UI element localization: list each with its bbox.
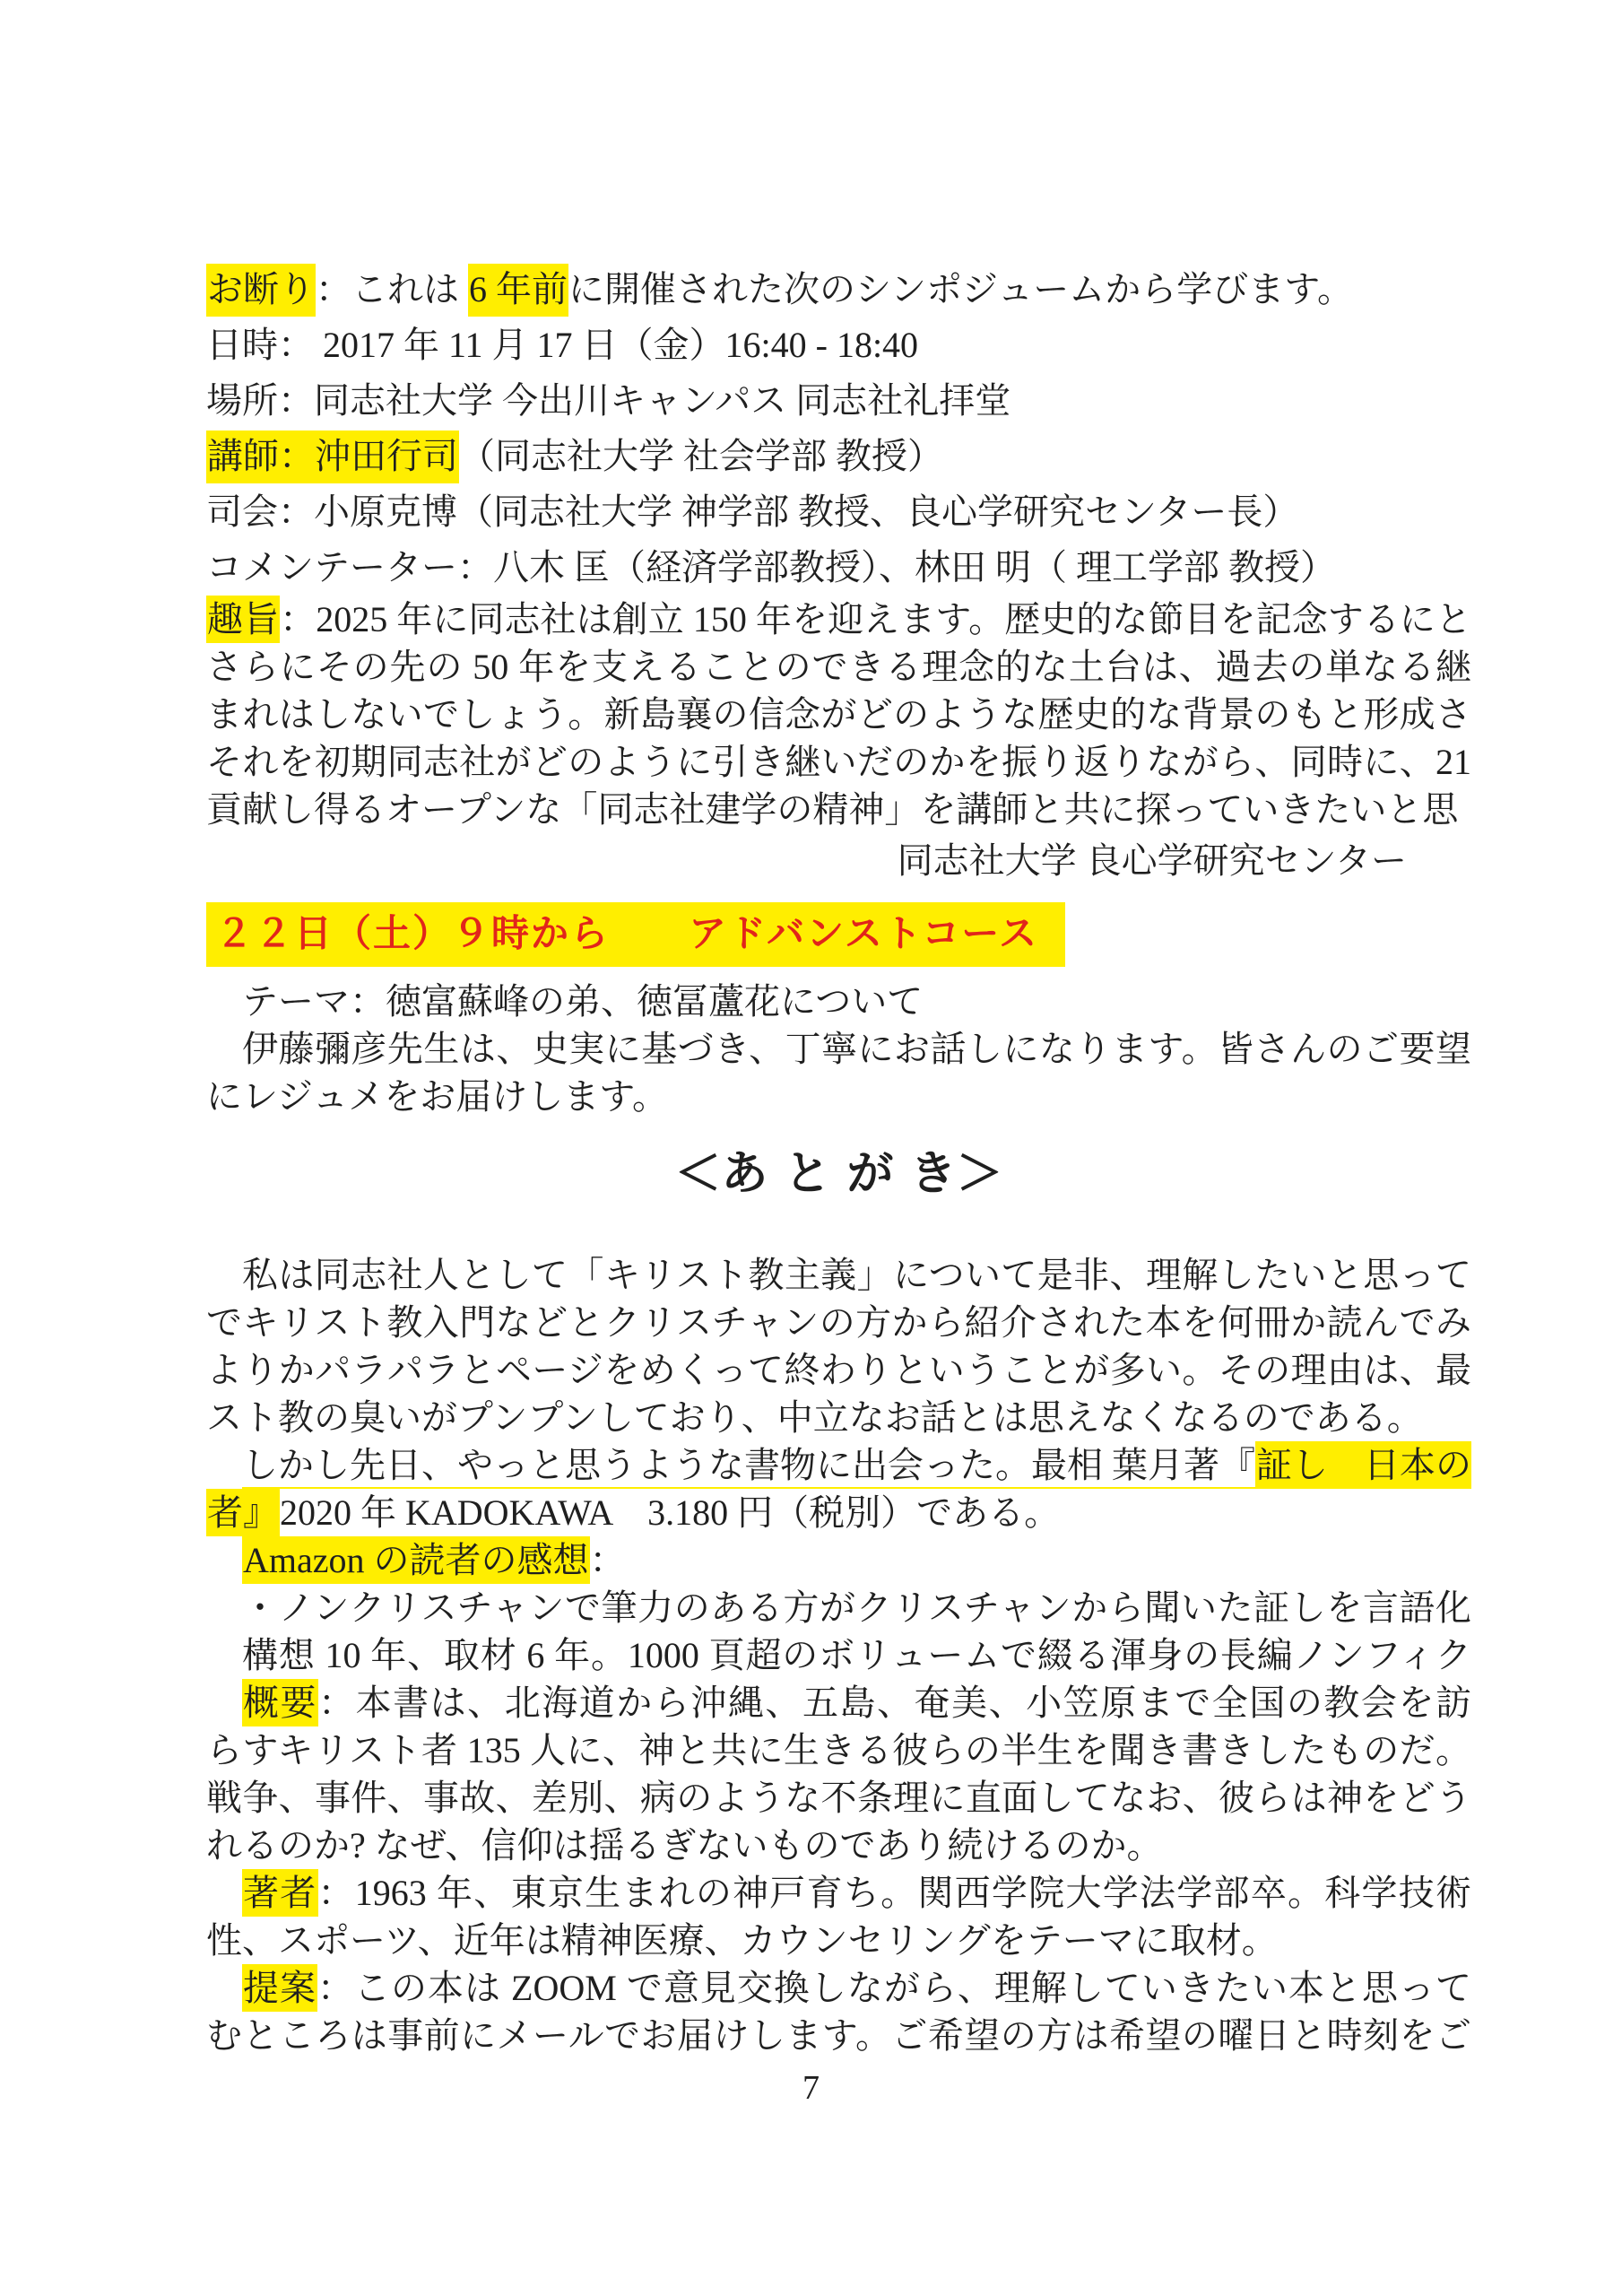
text-line: むところは事前にメールでお届けします。ご希望の方は希望の曜日と時刻をご連絡下さい…	[206, 2012, 1471, 2059]
text-segment: よりかパラパラとページをめくって終わりということが多い。その理由は、最初からキリ	[206, 1350, 1471, 1394]
text-segment: 戦争、事件、事故、差別、病のような不条理に直面してなお、彼らは神をどうして信じら	[206, 1778, 1471, 1822]
text-line: 提案：この本は ZOOM で意見交換しながら、理解していきたい本と思っています。…	[206, 1964, 1471, 2012]
text-line: お断り：これは 6 年前に開催された次のシンポジュームから学びます。	[206, 262, 1471, 317]
text-line: 性、スポーツ、近年は精神医療、カウンセリングをテーマに取材。	[206, 1917, 1471, 1964]
text-segment: 2020 年 KADOKAWA 3.180 円（税別）である。	[280, 1492, 1060, 1533]
text-line: それを初期同志社がどのように引き継いだのかを振り返りながら、同時に、21 世紀社…	[206, 738, 1471, 786]
text-line: よりかパラパラとページをめくって終わりということが多い。その理由は、最初からキリ	[206, 1346, 1471, 1394]
course-heading-band: ２２日（土）９時から アドバンストコース	[206, 902, 1471, 967]
text-segment: ：1963 年、東京生まれの神戸育ち。関西学院大学法学部卒。科学技術と人間の関係	[242, 1873, 1471, 1917]
text-segment: ：2025 年に同志社は創立 150 年を迎えます。歴史的な節目を記念するにとど…	[206, 599, 1471, 643]
text-segment: れるのか? なぜ、信仰は揺るぎないものであり続けるのか。	[206, 1825, 1163, 1865]
text-line: らすキリスト者 135 人に、神と共に生きる彼らの半生を聞き書きしたものだ。自然…	[206, 1726, 1471, 1774]
text-segment: コメンテーター：八木 匡（経済学部教授）、林田 明（ 理工学部 教授）	[206, 547, 1336, 587]
text-line: 貢献し得るオープンな「同志社建学の精神」を講師と共に探っていきたいと思います。	[206, 786, 1471, 833]
text-line: しかし先日、やっと思うような書物に出会った。最相 葉月著『証し 日本のキリスト	[206, 1441, 1471, 1489]
text-line: Amazon の読者の感想：	[206, 1536, 1471, 1584]
text-segment: らすキリスト者 135 人に、神と共に生きる彼らの半生を聞き書きしたものだ。自然…	[206, 1730, 1471, 1774]
text-segment: 性、スポーツ、近年は精神医療、カウンセリングをテーマに取材。	[206, 1920, 1278, 1961]
afterword-heading: ＜あ と が き＞	[206, 1147, 1471, 1201]
text-line: 著者：1963 年、東京生まれの神戸育ち。関西学院大学法学部卒。科学技術と人間の…	[206, 1869, 1471, 1917]
text-segment: しかし先日、やっと思うような書物に出会った。最相 葉月著『	[242, 1445, 1255, 1485]
text-segment: 日時： 2017 年 11 月 17 日（金）16:40 - 18:40	[206, 325, 918, 365]
page-number: 7	[802, 2069, 820, 2107]
course-heading: ２２日（土）９時から アドバンストコース	[206, 902, 1065, 967]
document-page: お断り：これは 6 年前に開催された次のシンポジュームから学びます。日時： 20…	[0, 0, 1622, 2296]
text-line: さらにその先の 50 年を支えることのできる理念的な土台は、過去の単なる継続から…	[206, 643, 1471, 691]
text-segment: 司会：小原克博（同志社大学 神学部 教授、良心学研究センター長）	[206, 491, 1298, 532]
text-segment: （同志社大学 社会学部 教授）	[459, 436, 943, 476]
page-footer: 7	[0, 2068, 1622, 2108]
text-line: コメンテーター：八木 匡（経済学部教授）、林田 明（ 理工学部 教授）	[206, 540, 1471, 596]
text-line: 場所：同志社大学 今出川キャンパス 同志社礼拝堂	[206, 373, 1471, 429]
afterword-section: ＜あ と が き＞ 私は同志社人として「キリスト教主義」について是非、理解したい…	[206, 1147, 1471, 2059]
text-line: れるのか? なぜ、信仰は揺るぎないものであり続けるのか。	[206, 1822, 1471, 1869]
highlighted-text: お断り	[206, 264, 316, 317]
text-line: 戦争、事件、事故、差別、病のような不条理に直面してなお、彼らは神をどうして信じら	[206, 1774, 1471, 1822]
text-segment: ・ノンクリスチャンで筆力のある方がクリスチャンから聞いた証しを言語化したもの。	[242, 1587, 1471, 1631]
text-segment: それを初期同志社がどのように引き継いだのかを振り返りながら、同時に、21 世紀社…	[206, 742, 1471, 786]
text-segment: ：本書は、北海道から沖縄、五島、奄美、小笠原まで全国の教会を訪ね、そこで暮	[242, 1683, 1471, 1726]
text-segment: むところは事前にメールでお届けします。ご希望の方は希望の曜日と時刻をご連絡下さい…	[206, 2015, 1471, 2059]
highlighted-text: 著者	[242, 1869, 318, 1917]
page-content: お断り：これは 6 年前に開催された次のシンポジュームから学びます。日時： 20…	[206, 262, 1471, 2059]
text-segment: ：これは	[316, 269, 468, 309]
text-segment: に開催された次のシンポジュームから学びます。	[568, 269, 1353, 309]
symposium-credit: 同志社大学 良心学研究センター	[206, 837, 1471, 884]
text-segment: 伊藤彌彦先生は、史実に基づき、丁寧にお話しになります。皆さんのご要望により事前	[242, 1029, 1471, 1073]
text-segment: まれはしないでしょう。新島襄の信念がどのような歴史的な背景のもと形成されたのか、	[206, 694, 1471, 738]
highlighted-text: 6 年前	[468, 264, 568, 317]
highlighted-text: 趣旨	[206, 596, 280, 643]
text-segment: ：	[590, 1540, 626, 1580]
highlighted-text: 概要	[242, 1679, 318, 1726]
text-segment: 貢献し得るオープンな「同志社建学の精神」を講師と共に探っていきたいと思います。	[206, 789, 1458, 833]
course-lines: テーマ：徳富蘇峰の弟、徳冨蘆花について伊藤彌彦先生は、史実に基づき、丁寧にお話し…	[206, 978, 1471, 1120]
symposium-section: お断り：これは 6 年前に開催された次のシンポジュームから学びます。日時： 20…	[206, 262, 1471, 884]
text-line: 概要：本書は、北海道から沖縄、五島、奄美、小笠原まで全国の教会を訪ね、そこで暮	[206, 1679, 1471, 1726]
text-line: 日時： 2017 年 11 月 17 日（金）16:40 - 18:40	[206, 317, 1471, 373]
text-line: 司会：小原克博（同志社大学 神学部 教授、良心学研究センター長）	[206, 484, 1471, 540]
text-segment: テーマ：徳富蘇峰の弟、徳冨蘆花について	[242, 981, 923, 1022]
text-line: 者』2020 年 KADOKAWA 3.180 円（税別）である。	[206, 1489, 1471, 1536]
afterword-lines: 私は同志社人として「キリスト教主義」について是非、理解したいと思っている。そこで…	[206, 1251, 1471, 2059]
text-segment: ：この本は ZOOM で意見交換しながら、理解していきたい本と思っています。読	[242, 1968, 1471, 2012]
text-line: まれはしないでしょう。新島襄の信念がどのような歴史的な背景のもと形成されたのか、	[206, 691, 1471, 738]
text-line: にレジュメをお届けします。	[206, 1073, 1471, 1120]
course-section: ２２日（土）９時から アドバンストコース テーマ：徳富蘇峰の弟、徳冨蘆花について…	[206, 902, 1471, 1120]
text-segment: 場所：同志社大学 今出川キャンパス 同志社礼拝堂	[206, 380, 1010, 421]
text-line: 講師：沖田行司（同志社大学 社会学部 教授）	[206, 429, 1471, 484]
text-segment: 私は同志社人として「キリスト教主義」について是非、理解したいと思っている。そこ	[242, 1255, 1471, 1299]
text-line: 趣旨：2025 年に同志社は創立 150 年を迎えます。歴史的な節目を記念するに…	[206, 596, 1471, 643]
highlighted-text: 者』	[206, 1489, 280, 1536]
text-segment: にレジュメをお届けします。	[206, 1076, 668, 1117]
text-segment: でキリスト教入門などとクリスチャンの方から紹介された本を何冊か読んでみた。という	[206, 1302, 1471, 1346]
text-line: 私は同志社人として「キリスト教主義」について是非、理解したいと思っている。そこ	[206, 1251, 1471, 1299]
text-segment: スト教の臭いがプンプンしており、中立なお話とは思えなくなるのである。	[206, 1397, 1423, 1438]
text-line: でキリスト教入門などとクリスチャンの方から紹介された本を何冊か読んでみた。という	[206, 1299, 1471, 1346]
highlighted-text: Amazon の読者の感想	[242, 1536, 590, 1584]
text-line: テーマ：徳富蘇峰の弟、徳冨蘆花について	[206, 978, 1471, 1025]
text-line: スト教の臭いがプンプンしており、中立なお話とは思えなくなるのである。	[206, 1394, 1471, 1441]
symposium-lines: お断り：これは 6 年前に開催された次のシンポジュームから学びます。日時： 20…	[206, 262, 1471, 833]
text-line: 伊藤彌彦先生は、史実に基づき、丁寧にお話しになります。皆さんのご要望により事前	[206, 1025, 1471, 1073]
text-segment: さらにその先の 50 年を支えることのできる理念的な土台は、過去の単なる継続から…	[206, 647, 1471, 691]
text-line: ・ノンクリスチャンで筆力のある方がクリスチャンから聞いた証しを言語化したもの。	[206, 1584, 1471, 1631]
text-segment: 構想 10 年、取材 6 年。1000 頁超のボリュームで綴る渾身の長編ノンフィ…	[242, 1635, 1471, 1679]
text-line: 構想 10 年、取材 6 年。1000 頁超のボリュームで綴る渾身の長編ノンフィ…	[206, 1631, 1471, 1679]
highlighted-text: 提案	[242, 1964, 317, 2012]
highlighted-text: 講師：沖田行司	[206, 430, 459, 483]
